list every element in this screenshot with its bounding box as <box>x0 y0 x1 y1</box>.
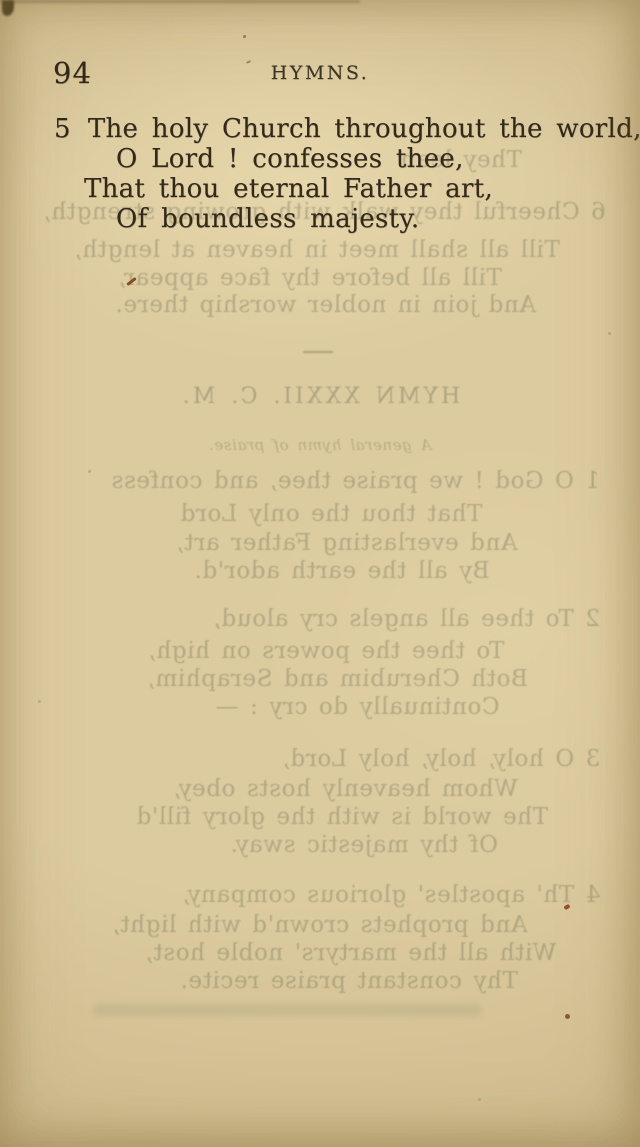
show-through-line: 3 O holy, holy, holy Lord, <box>282 746 600 772</box>
show-through-line: And prophets crown'd with light, <box>112 912 528 938</box>
show-through-line: The world is with the glory fill'd <box>136 804 548 830</box>
paper-speck <box>88 470 91 473</box>
paper-speck <box>243 35 246 38</box>
paper-speck <box>126 277 137 286</box>
verse-line: That thou eternal Father art, <box>84 174 493 204</box>
show-through-line: To thee the powers on high, <box>148 638 504 664</box>
show-through-smudge <box>92 1004 482 1016</box>
show-through-rule <box>303 351 333 353</box>
show-through-line: Continually do cry : — <box>215 694 500 720</box>
show-through-line: Till all before thy face appear, <box>118 265 502 291</box>
show-through-line: Till all shall meet in heaven at length, <box>74 237 560 263</box>
show-through-line: Whom heavenly hosts obey, <box>173 776 518 802</box>
verse-number: 5 <box>54 114 71 144</box>
paper-speck <box>38 700 41 703</box>
paper-speck <box>608 332 611 335</box>
paper-speck <box>478 1098 481 1101</box>
show-through-line: 1 O God ! we praise thee, and confess <box>111 468 600 494</box>
show-through-line: Both Cherubim and Seraphim, <box>147 666 528 692</box>
verse-line: 5The holy Church throughout the world, <box>54 114 640 144</box>
show-through-line: Of thy majestic sway. <box>230 832 498 858</box>
verse-line-text: The holy Church throughout the world, <box>88 114 640 144</box>
show-through-hymn-subtitle: A general hymn of praise. <box>0 436 640 454</box>
show-through-line: 2 To thee all angels cry aloud, <box>213 606 600 632</box>
top-edge-shadow <box>0 0 360 3</box>
show-through-line: 4 Th' apostles' glorious company, <box>182 882 600 908</box>
book-page-scan: They lean 6 Cheerful they walk with grow… <box>0 0 640 1147</box>
show-through-line: That thou the only Lord <box>180 501 482 527</box>
show-through-line: And everlasting Father art, <box>176 530 518 556</box>
show-through-hymn-heading: HYMN XXXII. C. M. <box>0 384 640 409</box>
show-through-line: And join in nobler worship there. <box>115 292 536 318</box>
paper-speck <box>563 904 570 910</box>
show-through-line: Thy constant praise recite. <box>180 968 518 994</box>
show-through-line: By all the earth ador'd. <box>194 558 490 584</box>
paper-speck <box>565 1014 570 1019</box>
verse-line: O Lord ! confesses thee, <box>116 144 464 174</box>
running-header: HYMNS. <box>0 62 640 84</box>
show-through-line: With all the martyrs' noble host, <box>145 940 556 966</box>
verse-line: Of boundless majesty. <box>116 204 419 234</box>
